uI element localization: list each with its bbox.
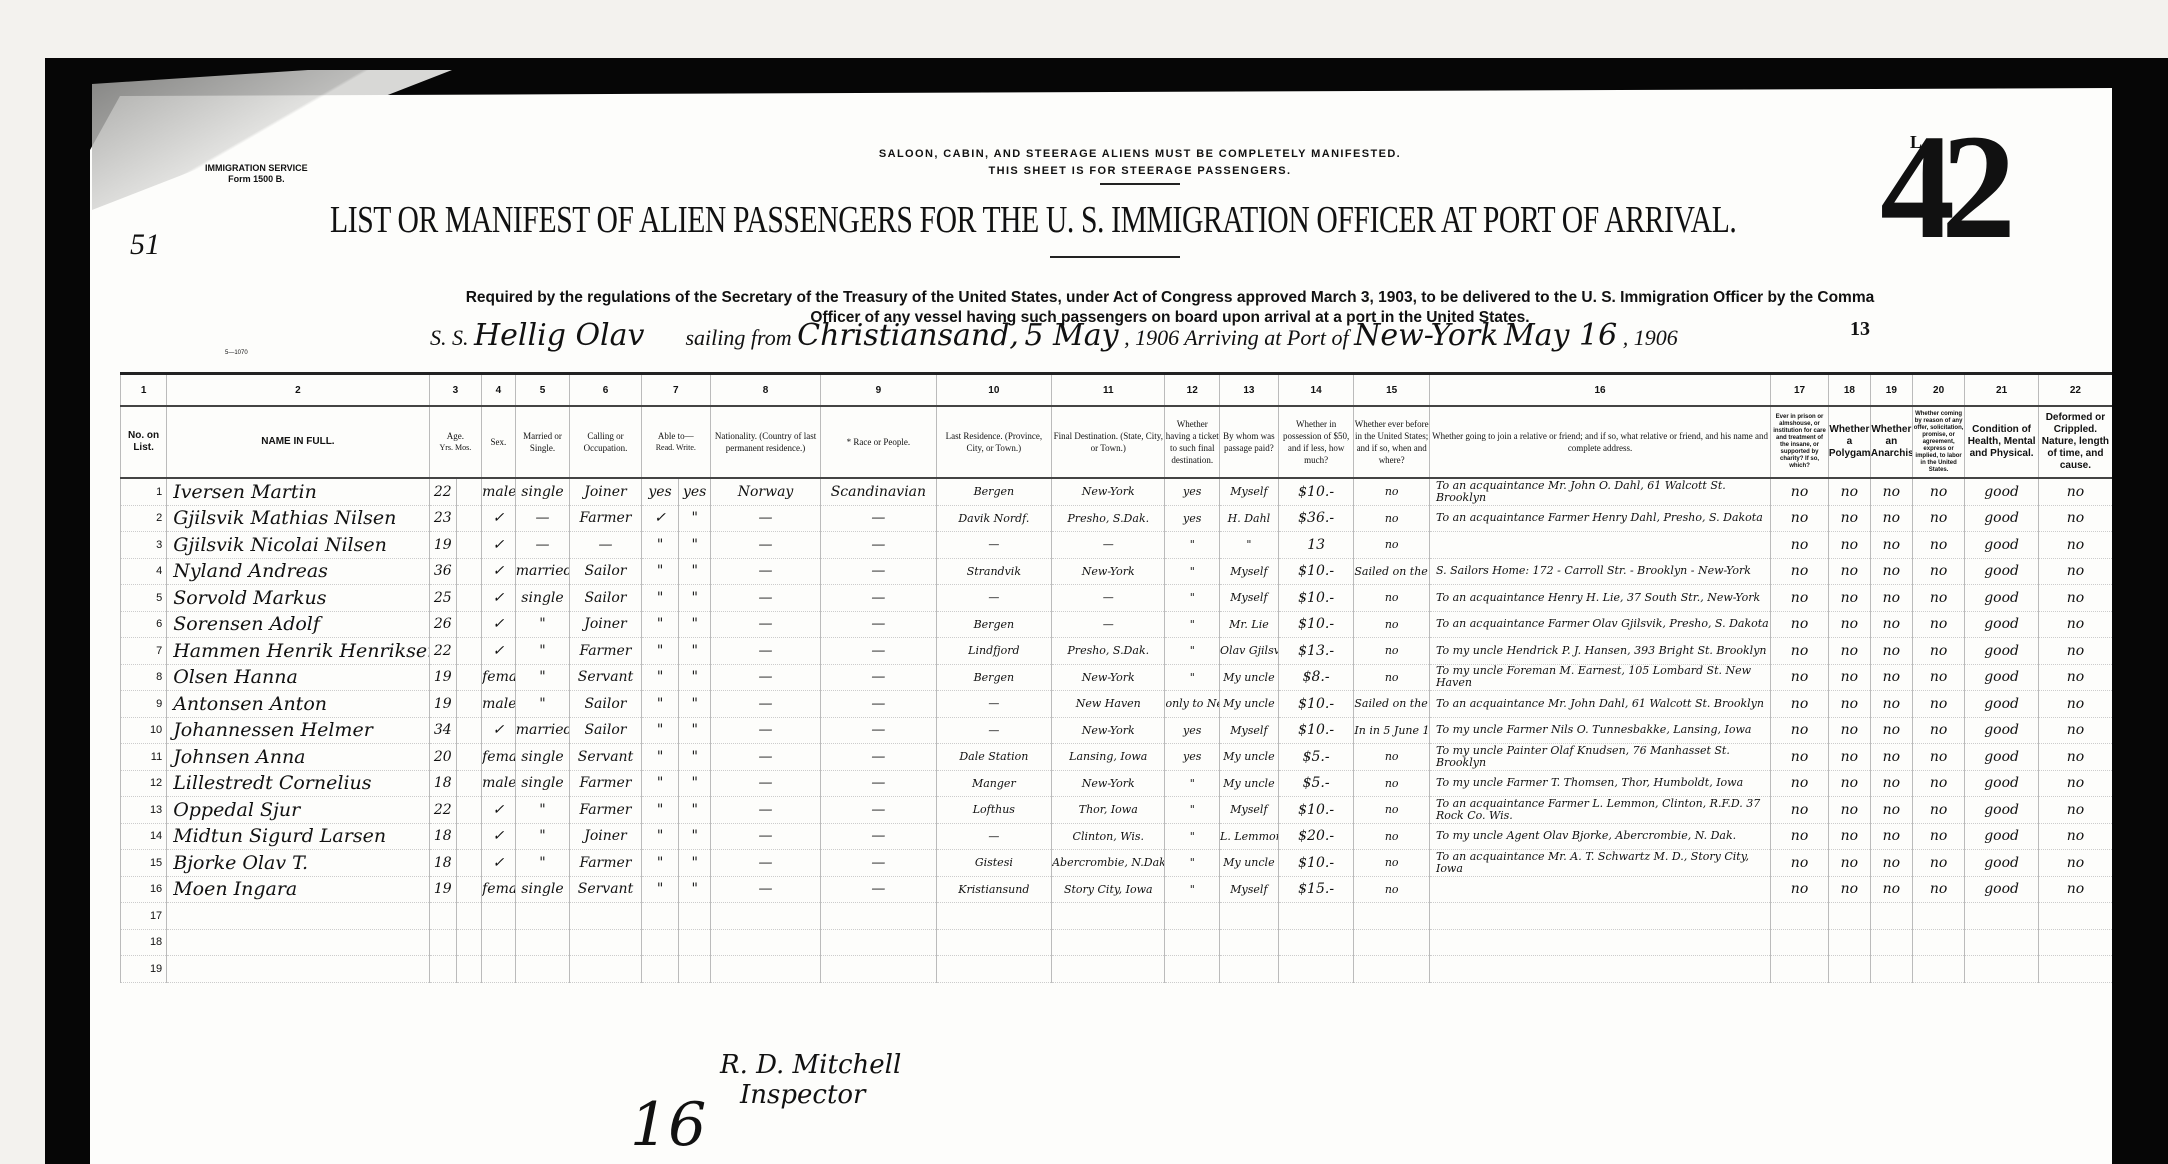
passage-paid-by: " <box>1220 532 1279 559</box>
health-condition: good <box>1965 611 2038 638</box>
occupation: — <box>570 532 641 559</box>
marital-status: — <box>515 532 570 559</box>
passage-paid-by: My uncle <box>1220 664 1279 691</box>
empty-cell <box>936 929 1051 956</box>
passenger-name: Johnsen Anna <box>167 744 429 771</box>
deformed-crippled: no <box>2038 532 2112 559</box>
empty-cell <box>482 929 516 956</box>
header-passage-paid: By whom was passage paid? <box>1220 406 1279 478</box>
age-months <box>456 664 481 691</box>
empty-cell <box>1828 956 1870 983</box>
has-ticket: " <box>1165 823 1220 850</box>
prison-charity: no <box>1771 532 1829 559</box>
age-months <box>456 797 481 824</box>
empty-cell <box>1828 929 1870 956</box>
sex: ✓ <box>482 505 516 532</box>
empty-cell <box>1165 929 1220 956</box>
empty-row: 17 <box>121 903 2113 930</box>
previous-us-visit: no <box>1354 876 1430 903</box>
row-number: 16 <box>121 876 167 903</box>
joining-relative: To my uncle Hendrick P. J. Hansen, 393 B… <box>1429 638 1770 665</box>
age-months <box>456 744 481 771</box>
marital-status: married <box>515 717 570 744</box>
empty-cell <box>821 956 936 983</box>
polygamist: no <box>1828 744 1870 771</box>
passage-paid-by: Mr. Lie <box>1220 611 1279 638</box>
final-destination: — <box>1052 585 1165 612</box>
age-months <box>456 638 481 665</box>
age-months <box>456 478 481 505</box>
occupation: Joiner <box>570 478 641 505</box>
money-held: $10.- <box>1278 611 1354 638</box>
empty-cell <box>1870 903 1912 930</box>
empty-cell <box>570 929 641 956</box>
health-condition: good <box>1965 532 2038 559</box>
empty-cell <box>1870 956 1912 983</box>
empty-cell <box>1220 956 1279 983</box>
can-write: yes <box>679 478 710 505</box>
occupation: Sailor <box>570 558 641 585</box>
prison-charity: no <box>1771 664 1829 691</box>
nationality: — <box>710 558 820 585</box>
health-condition: good <box>1965 744 2038 771</box>
contract-labor: no <box>1912 691 1964 718</box>
empty-cell <box>570 903 641 930</box>
final-destination: Presho, S.Dak. <box>1052 505 1165 532</box>
empty-cell <box>1965 929 2038 956</box>
age-years: 18 <box>429 823 456 850</box>
age-months <box>456 770 481 797</box>
last-residence: Lindfjord <box>936 638 1051 665</box>
joining-relative: To an acquaintance Farmer Olav Gjilsvik,… <box>1429 611 1770 638</box>
deformed-crippled: no <box>2038 770 2112 797</box>
sex: ✓ <box>482 558 516 585</box>
nationality: — <box>710 717 820 744</box>
can-write: " <box>679 638 710 665</box>
race: — <box>821 505 936 532</box>
race: — <box>821 638 936 665</box>
joining-relative: To my uncle Agent Olav Bjorke, Abercromb… <box>1429 823 1770 850</box>
passage-paid-by: Myself <box>1220 797 1279 824</box>
contract-labor: no <box>1912 770 1964 797</box>
last-residence: — <box>936 691 1051 718</box>
departure-year: , 1906 <box>1124 325 1179 350</box>
money-held: $10.- <box>1278 691 1354 718</box>
arrival-year: , 1906 <box>1623 325 1678 350</box>
header-before-us: Whether ever before in the United States… <box>1354 406 1430 478</box>
deformed-crippled: no <box>2038 876 2112 903</box>
empty-cell <box>1354 956 1430 983</box>
marital-status: " <box>515 638 570 665</box>
sex: ✓ <box>482 823 516 850</box>
can-read: " <box>641 770 679 797</box>
previous-us-visit: no <box>1354 664 1430 691</box>
money-held: $36.- <box>1278 505 1354 532</box>
final-destination: — <box>1052 532 1165 559</box>
arrival-port: New-York <box>1354 318 1498 353</box>
divider <box>1050 256 1180 258</box>
empty-cell <box>167 903 429 930</box>
age-months <box>456 505 481 532</box>
nationality: — <box>710 691 820 718</box>
nationality: — <box>710 797 820 824</box>
polygamist: no <box>1828 558 1870 585</box>
page-mark: 51 <box>130 228 160 262</box>
marital-status: " <box>515 664 570 691</box>
manifest-table: 1 2 3 4 5 6 7 8 9 10 11 12 13 14 15 16 1… <box>120 372 2112 983</box>
table-row: 13Oppedal Sjur22✓"Farmer""——LofthusThor,… <box>121 797 2113 824</box>
deformed-crippled: no <box>2038 691 2112 718</box>
empty-cell <box>1828 903 1870 930</box>
sex: male <box>482 478 516 505</box>
sex: ✓ <box>482 638 516 665</box>
header-sex: Sex. <box>482 406 516 478</box>
has-ticket: only to New-York <box>1165 691 1220 718</box>
empty-row: 19 <box>121 956 2113 983</box>
health-condition: good <box>1965 558 2038 585</box>
marital-status: " <box>515 691 570 718</box>
contract-labor: no <box>1912 558 1964 585</box>
deformed-crippled: no <box>2038 638 2112 665</box>
empty-cell <box>1354 929 1430 956</box>
passenger-name: Iversen Martin <box>167 478 429 505</box>
table-row: 8Olsen Hanna19female"Servant""——BergenNe… <box>121 664 2113 691</box>
empty-cell <box>429 956 456 983</box>
empty-cell <box>429 929 456 956</box>
marital-status: single <box>515 478 570 505</box>
anarchist: no <box>1870 717 1912 744</box>
contract-labor: no <box>1912 850 1964 877</box>
passenger-name: Oppedal Sjur <box>167 797 429 824</box>
previous-us-visit: no <box>1354 850 1430 877</box>
age-years: 36 <box>429 558 456 585</box>
passage-paid-by: Myself <box>1220 558 1279 585</box>
row-number: 14 <box>121 823 167 850</box>
can-write: " <box>679 823 710 850</box>
health-condition: good <box>1965 638 2038 665</box>
header-money: Whether in possession of $50, and if les… <box>1278 406 1354 478</box>
age-months <box>456 611 481 638</box>
last-residence: Bergen <box>936 611 1051 638</box>
can-read: " <box>641 664 679 691</box>
empty-cell <box>456 929 481 956</box>
anarchist: no <box>1870 505 1912 532</box>
age-years: 19 <box>429 876 456 903</box>
nationality: — <box>710 770 820 797</box>
header-final-destination: Final Destination. (State, City, or Town… <box>1052 406 1165 478</box>
health-condition: good <box>1965 691 2038 718</box>
passage-paid-by: My uncle <box>1220 691 1279 718</box>
can-write: " <box>679 770 710 797</box>
row-number: 19 <box>121 956 167 983</box>
final-destination: Clinton, Wis. <box>1052 823 1165 850</box>
header-nationality: Nationality. (Country of last permanent … <box>710 406 820 478</box>
table-row: 16Moen Ingara19femalesingleServant""——Kr… <box>121 876 2113 903</box>
header-deformed: Deformed or Crippled. Nature, length of … <box>2038 406 2112 478</box>
empty-cell <box>1771 903 1829 930</box>
inspector-mark: 16 <box>630 1090 706 1160</box>
joining-relative: To an acquaintance Farmer L. Lemmon, Cli… <box>1429 797 1770 824</box>
sex: female <box>482 664 516 691</box>
empty-cell <box>1912 903 1964 930</box>
polygamist: no <box>1828 478 1870 505</box>
table-row: 5Sorvold Markus25✓singleSailor""————"Mys… <box>121 585 2113 612</box>
page-title: LIST OR MANIFEST OF ALIEN PASSENGERS FOR… <box>330 198 1547 242</box>
empty-row: 18 <box>121 929 2113 956</box>
occupation: Servant <box>570 664 641 691</box>
passage-paid-by: L. Lemmon <box>1220 823 1279 850</box>
prison-charity: no <box>1771 505 1829 532</box>
has-ticket: yes <box>1165 744 1220 771</box>
empty-cell <box>1052 929 1165 956</box>
empty-cell <box>1870 929 1912 956</box>
marital-status: single <box>515 876 570 903</box>
occupation: Farmer <box>570 770 641 797</box>
health-condition: good <box>1965 876 2038 903</box>
passenger-name: Johannessen Helmer <box>167 717 429 744</box>
row-number: 9 <box>121 691 167 718</box>
header-name: NAME IN FULL. <box>167 406 429 478</box>
header-last-residence: Last Residence. (Province, City, or Town… <box>936 406 1051 478</box>
anarchist: no <box>1870 770 1912 797</box>
money-held: $20.- <box>1278 823 1354 850</box>
final-destination: Story City, Iowa <box>1052 876 1165 903</box>
sex: female <box>482 744 516 771</box>
nationality: — <box>710 638 820 665</box>
ss-label: S. S. <box>430 325 469 350</box>
last-residence: Manger <box>936 770 1051 797</box>
previous-us-visit: no <box>1354 505 1430 532</box>
has-ticket: " <box>1165 850 1220 877</box>
form-id: IMMIGRATION SERVICE Form 1500 B. <box>205 163 308 185</box>
empty-cell <box>936 903 1051 930</box>
empty-cell <box>1278 903 1354 930</box>
polygamist: no <box>1828 585 1870 612</box>
steerage-warning: SALOON, CABIN, AND STEERAGE ALIENS MUST … <box>790 146 1490 185</box>
table-row: 3Gjilsvik Nicolai Nilsen19✓——""————""13n… <box>121 532 2113 559</box>
can-read: " <box>641 744 679 771</box>
last-residence: Kristiansund <box>936 876 1051 903</box>
table-row: 6Sorensen Adolf26✓"Joiner""——Bergen—"Mr.… <box>121 611 2113 638</box>
race: — <box>821 770 936 797</box>
table-row: 10Johannessen Helmer34✓marriedSailor""——… <box>121 717 2113 744</box>
empty-cell <box>1354 903 1430 930</box>
passage-paid-by: Myself <box>1220 876 1279 903</box>
last-residence: Strandvik <box>936 558 1051 585</box>
passenger-name: Nyland Andreas <box>167 558 429 585</box>
nationality: — <box>710 532 820 559</box>
list-number: 42 <box>1880 112 2002 262</box>
previous-us-visit: no <box>1354 744 1430 771</box>
age-months <box>456 823 481 850</box>
sex: ✓ <box>482 717 516 744</box>
nationality: — <box>710 823 820 850</box>
ship-name: Hellig Olav <box>474 318 644 353</box>
final-destination: Presho, S.Dak. <box>1052 638 1165 665</box>
sex: ✓ <box>482 850 516 877</box>
marital-status: — <box>515 505 570 532</box>
can-read: " <box>641 638 679 665</box>
anarchist: no <box>1870 744 1912 771</box>
age-years: 22 <box>429 478 456 505</box>
empty-cell <box>1165 903 1220 930</box>
empty-cell <box>2038 956 2112 983</box>
age-years: 26 <box>429 611 456 638</box>
joining-relative: To my uncle Farmer Nils O. Tunnesbakke, … <box>1429 717 1770 744</box>
age-years: 23 <box>429 505 456 532</box>
empty-cell <box>482 903 516 930</box>
passenger-name: Sorvold Markus <box>167 585 429 612</box>
has-ticket: " <box>1165 585 1220 612</box>
sex: male <box>482 770 516 797</box>
age-years: 19 <box>429 664 456 691</box>
passenger-name: Gjilsvik Nicolai Nilsen <box>167 532 429 559</box>
has-ticket: " <box>1165 664 1220 691</box>
age-years: 22 <box>429 638 456 665</box>
final-destination: New-York <box>1052 770 1165 797</box>
passenger-rows: 1Iversen Martin22malesingleJoineryesyesN… <box>121 478 2113 982</box>
prison-charity: no <box>1771 850 1829 877</box>
empty-cell <box>679 956 710 983</box>
header-race: * Race or People. <box>821 406 936 478</box>
previous-us-visit: no <box>1354 611 1430 638</box>
empty-cell <box>679 929 710 956</box>
marital-status: " <box>515 611 570 638</box>
occupation: Farmer <box>570 850 641 877</box>
previous-us-visit: no <box>1354 797 1430 824</box>
empty-cell <box>167 956 429 983</box>
contract-labor: no <box>1912 876 1964 903</box>
age-years: 22 <box>429 797 456 824</box>
header-prison: Ever in prison or almshouse, or institut… <box>1771 406 1829 478</box>
can-write: " <box>679 797 710 824</box>
marital-status: " <box>515 850 570 877</box>
header-health: Condition of Health, Mental and Physical… <box>1965 406 2038 478</box>
passage-paid-by: My uncle <box>1220 850 1279 877</box>
polygamist: no <box>1828 611 1870 638</box>
empty-cell <box>456 903 481 930</box>
can-read: " <box>641 797 679 824</box>
sex: ✓ <box>482 585 516 612</box>
prison-charity: no <box>1771 478 1829 505</box>
departure-port: Christiansand, <box>797 318 1019 353</box>
can-read: " <box>641 876 679 903</box>
empty-cell <box>641 903 679 930</box>
occupation: Farmer <box>570 505 641 532</box>
row-number: 3 <box>121 532 167 559</box>
money-held: $5.- <box>1278 744 1354 771</box>
can-read: " <box>641 585 679 612</box>
race: — <box>821 691 936 718</box>
last-residence: — <box>936 585 1051 612</box>
can-read: ✓ <box>641 505 679 532</box>
empty-cell <box>1220 929 1279 956</box>
empty-cell <box>821 903 936 930</box>
final-destination: — <box>1052 611 1165 638</box>
final-destination: New-York <box>1052 478 1165 505</box>
last-residence: — <box>936 823 1051 850</box>
health-condition: good <box>1965 664 2038 691</box>
marital-status: single <box>515 744 570 771</box>
header-join-relative: Whether going to join a relative or frie… <box>1429 406 1770 478</box>
polygamist: no <box>1828 876 1870 903</box>
final-destination: Abercrombie, N.Dak. <box>1052 850 1165 877</box>
occupation: Farmer <box>570 797 641 824</box>
race: — <box>821 611 936 638</box>
previous-us-visit: no <box>1354 478 1430 505</box>
age-months <box>456 717 481 744</box>
health-condition: good <box>1965 823 2038 850</box>
health-condition: good <box>1965 850 2038 877</box>
row-number: 15 <box>121 850 167 877</box>
has-ticket: yes <box>1165 717 1220 744</box>
empty-cell <box>482 956 516 983</box>
arrival-date: May 16 <box>1504 318 1617 353</box>
has-ticket: " <box>1165 797 1220 824</box>
final-destination: New-York <box>1052 664 1165 691</box>
empty-cell <box>821 929 936 956</box>
form-code: 5—1070 <box>225 350 248 356</box>
row-number: 11 <box>121 744 167 771</box>
empty-cell <box>679 903 710 930</box>
deformed-crippled: no <box>2038 717 2112 744</box>
passenger-name: Moen Ingara <box>167 876 429 903</box>
previous-us-visit: In in 5 June 1894/1900 <box>1354 717 1430 744</box>
last-residence: Davik Nordf. <box>936 505 1051 532</box>
passage-paid-by: Myself <box>1220 585 1279 612</box>
passenger-name: Antonsen Anton <box>167 691 429 718</box>
occupation: Joiner <box>570 611 641 638</box>
last-residence: Bergen <box>936 664 1051 691</box>
prison-charity: no <box>1771 876 1829 903</box>
joining-relative: To my uncle Painter Olaf Knudsen, 76 Man… <box>1429 744 1770 771</box>
row-number: 1 <box>121 478 167 505</box>
passage-paid-by: H. Dahl <box>1220 505 1279 532</box>
joining-relative <box>1429 876 1770 903</box>
can-write: " <box>679 876 710 903</box>
race: — <box>821 797 936 824</box>
row-number: 18 <box>121 929 167 956</box>
joining-relative: To an acquaintance Mr. John Dahl, 61 Wal… <box>1429 691 1770 718</box>
last-residence: Gistesi <box>936 850 1051 877</box>
marital-status: " <box>515 823 570 850</box>
can-read: " <box>641 611 679 638</box>
header-contract-labor: Whether coming by reason of any offer, s… <box>1912 406 1964 478</box>
passenger-name: Sorensen Adolf <box>167 611 429 638</box>
table-row: 7Hammen Henrik Henriksen22✓"Farmer""——Li… <box>121 638 2113 665</box>
final-destination: Lansing, Iowa <box>1052 744 1165 771</box>
column-numbers: 1 2 3 4 5 6 7 8 9 10 11 12 13 14 15 16 1… <box>121 374 2113 407</box>
nationality: — <box>710 611 820 638</box>
table-row: 4Nyland Andreas36✓marriedSailor""——Stran… <box>121 558 2113 585</box>
race: Scandinavian <box>821 478 936 505</box>
can-write: " <box>679 850 710 877</box>
money-held: $15.- <box>1278 876 1354 903</box>
race: — <box>821 558 936 585</box>
health-condition: good <box>1965 770 2038 797</box>
previous-us-visit: no <box>1354 638 1430 665</box>
age-months <box>456 558 481 585</box>
age-years: 18 <box>429 770 456 797</box>
sex: ✓ <box>482 611 516 638</box>
header-marital: Married or Single. <box>515 406 570 478</box>
column-headers: No. on List. NAME IN FULL. Age.Yrs. Mos.… <box>121 406 2113 478</box>
inspector-signature: R. D. Mitchell Inspector <box>720 1050 901 1110</box>
polygamist: no <box>1828 691 1870 718</box>
has-ticket: " <box>1165 532 1220 559</box>
anarchist: no <box>1870 611 1912 638</box>
contract-labor: no <box>1912 797 1964 824</box>
